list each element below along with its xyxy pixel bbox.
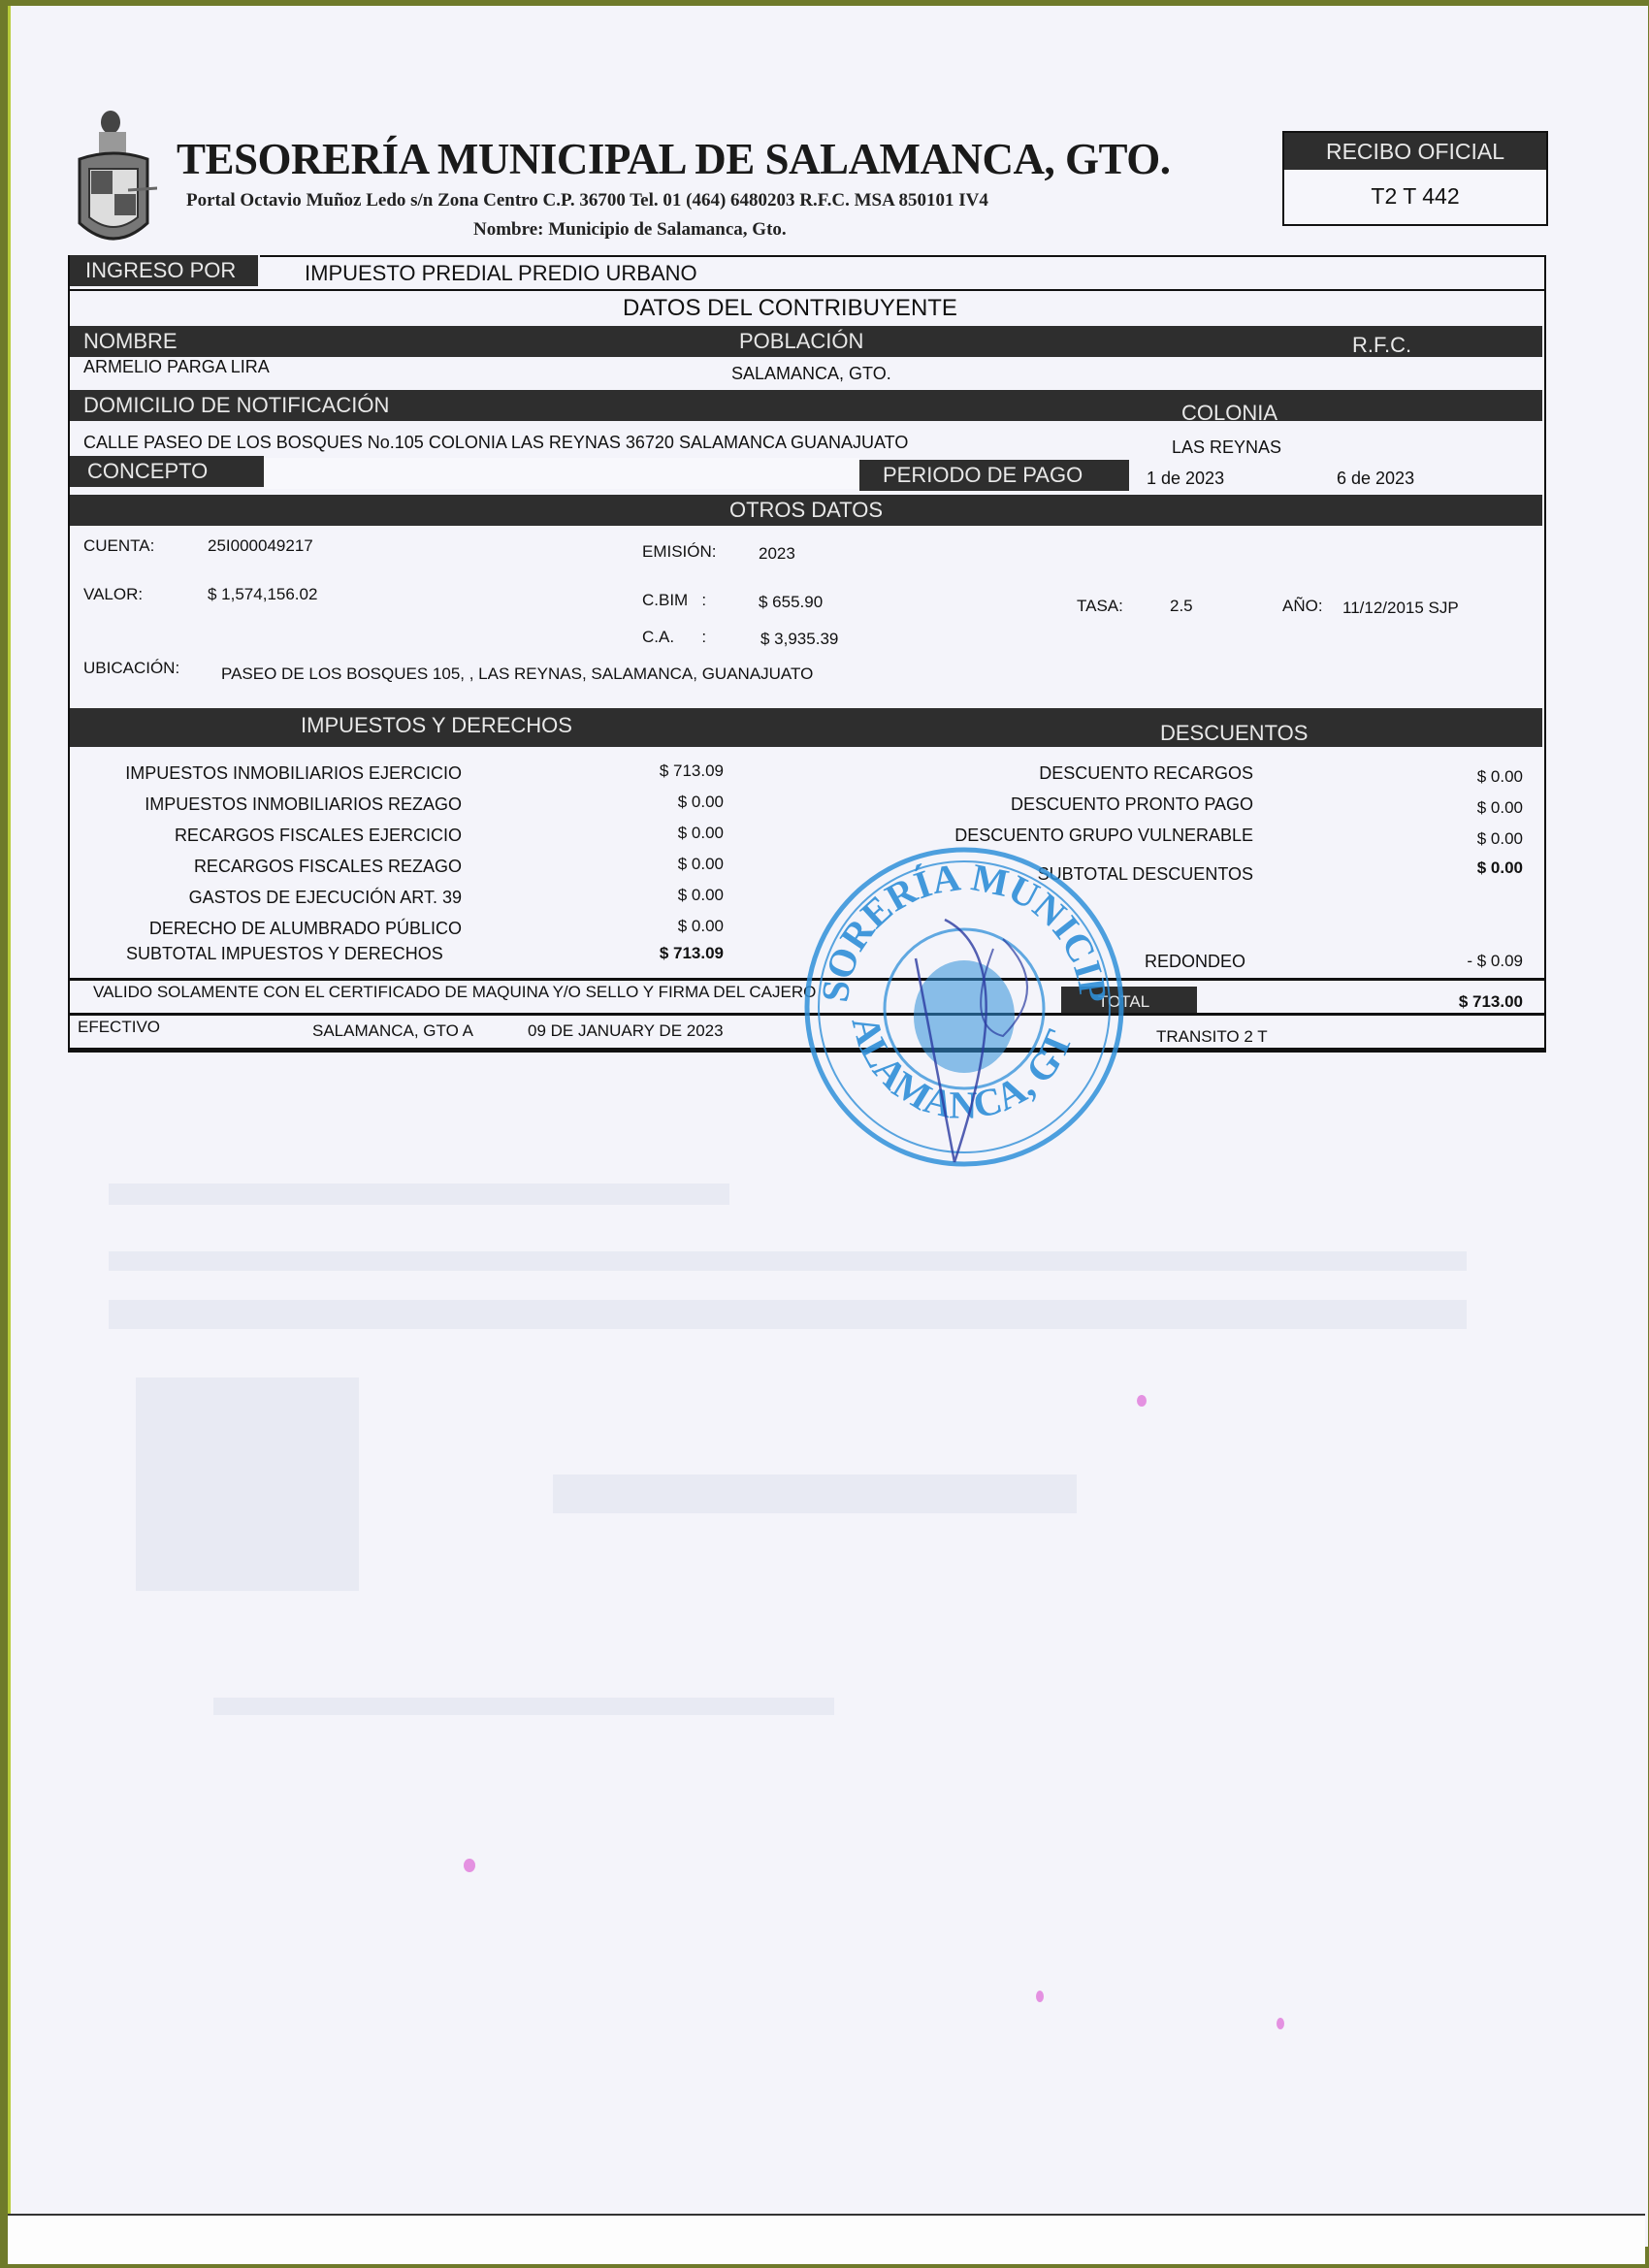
colonia-label: COLONIA: [1181, 398, 1277, 429]
page-bottom-edge: [8, 2214, 1645, 2264]
impuesto-item-amount: $ 0.00: [601, 916, 724, 937]
anio-value: 11/12/2015 SJP: [1342, 598, 1459, 619]
receipt-label: RECIBO OFICIAL: [1284, 133, 1546, 170]
cbim-label: C.BIM :: [642, 590, 706, 611]
contribuyente-header-bar: NOMBRE POBLACIÓN R.F.C.: [70, 326, 1542, 357]
valor-label: VALOR:: [83, 584, 143, 605]
descuento-item-label: DESCUENTO PRONTO PAGO: [873, 794, 1253, 815]
bleed-through-text: [213, 1698, 834, 1715]
payment-place: SALAMANCA, GTO A: [312, 1021, 473, 1042]
descuentos-title: DESCUENTOS: [1160, 718, 1308, 749]
concepto-value: [264, 458, 859, 489]
descuento-item-amount: $ 0.00: [1397, 766, 1523, 788]
redondeo-label: REDONDEO: [1145, 951, 1245, 972]
poblacion-value: SALAMANCA, GTO.: [731, 363, 891, 384]
domicilio-header-bar: DOMICILIO DE NOTIFICACIÓN COLONIA: [70, 390, 1542, 421]
impuesto-item-amount: $ 713.09: [601, 761, 724, 782]
impuesto-item-label: RECARGOS FISCALES REZAGO: [68, 856, 462, 877]
impuesto-item-label: RECARGOS FISCALES EJERCICIO: [68, 825, 462, 846]
emision-value: 2023: [759, 543, 795, 565]
descuentos-subtotal-value: $ 0.00: [1397, 858, 1523, 879]
bleed-through-qr: [136, 1377, 359, 1591]
receipt-box: RECIBO OFICIAL T2 T 442: [1282, 131, 1548, 226]
ubicacion-label: UBICACIÓN:: [83, 658, 179, 679]
bleed-through-text: [109, 1183, 729, 1205]
emision-label: EMISIÓN:: [642, 541, 717, 563]
concepto-label: CONCEPTO: [70, 456, 264, 487]
impuestos-descuentos-header: IMPUESTOS Y DERECHOS DESCUENTOS: [70, 708, 1542, 747]
ink-smudge: [1137, 1395, 1147, 1407]
coat-of-arms-icon: [70, 109, 157, 254]
impuesto-item-amount: $ 0.00: [601, 885, 724, 906]
ink-smudge: [1277, 2018, 1284, 2029]
tasa-label: TASA:: [1077, 596, 1123, 617]
ubicacion-value: PASEO DE LOS BOSQUES 105, , LAS REYNAS, …: [221, 664, 813, 685]
poblacion-label: POBLACIÓN: [739, 326, 863, 357]
domicilio-label: DOMICILIO DE NOTIFICACIÓN: [83, 390, 389, 421]
validity-note: VALIDO SOLAMENTE CON EL CERTIFICADO DE M…: [93, 982, 816, 1003]
impuesto-item-label: GASTOS DE EJECUCIÓN ART. 39: [68, 887, 462, 908]
redondeo-value: - $ 0.09: [1397, 951, 1523, 972]
ink-smudge: [1036, 1991, 1044, 2002]
impuesto-item-amount: $ 0.00: [601, 823, 724, 844]
official-seal-stamp: TESORERÍA MUNICIPAL SALAMANCA, GTO.: [799, 842, 1129, 1172]
ca-label: C.A. :: [642, 627, 706, 648]
tasa-value: 2.5: [1170, 596, 1193, 617]
domicilio-value: CALLE PASEO DE LOS BOSQUES No.105 COLONI…: [83, 432, 908, 453]
impuesto-item-label: IMPUESTOS INMOBILIARIOS EJERCICIO: [68, 762, 462, 784]
cbim-value: $ 655.90: [759, 592, 823, 613]
payment-date: 09 DE JANUARY DE 2023: [528, 1021, 724, 1042]
impuestos-title: IMPUESTOS Y DERECHOS: [301, 710, 572, 741]
bleed-through-text: [109, 1251, 1467, 1271]
descuento-item-amount: $ 0.00: [1397, 828, 1523, 850]
treasury-title: TESORERÍA MUNICIPAL DE SALAMANCA, GTO.: [177, 134, 1170, 184]
treasury-address: Portal Octavio Muñoz Ledo s/n Zona Centr…: [186, 190, 988, 211]
ingreso-value: IMPUESTO PREDIAL PREDIO URBANO: [305, 258, 697, 289]
treasury-name-line: Nombre: Municipio de Salamanca, Gto.: [473, 219, 787, 241]
cuenta-value: 25I000049217: [208, 535, 313, 557]
nombre-value: ARMELIO PARGA LIRA: [83, 356, 270, 377]
impuestos-subtotal-value: $ 713.09: [601, 943, 724, 964]
colonia-value: LAS REYNAS: [1172, 437, 1281, 458]
otros-datos-title: OTROS DATOS: [70, 495, 1542, 526]
contribuyente-section-title: DATOS DEL CONTRIBUYENTE: [623, 293, 957, 324]
bleed-through-text: [553, 1474, 1077, 1513]
descuento-item-label: DESCUENTO RECARGOS: [873, 762, 1253, 784]
impuesto-item-amount: $ 0.00: [601, 854, 724, 875]
impuestos-subtotal-label: SUBTOTAL IMPUESTOS Y DERECHOS: [126, 943, 443, 964]
periodo-desde: 1 de 2023: [1147, 468, 1224, 489]
total-value: $ 713.00: [1397, 991, 1523, 1013]
anio-label: AÑO:: [1282, 596, 1323, 617]
valor-value: $ 1,574,156.02: [208, 584, 317, 605]
impuesto-item-label: IMPUESTOS INMOBILIARIOS REZAGO: [68, 794, 462, 815]
periodo-label: PERIODO DE PAGO: [859, 460, 1129, 491]
ink-smudge: [464, 1859, 475, 1872]
cashier-name: TRANSITO 2 T: [1156, 1026, 1268, 1048]
ca-value: $ 3,935.39: [760, 629, 838, 650]
impuesto-item-label: DERECHO DE ALUMBRADO PÚBLICO: [68, 918, 462, 939]
receipt-number: T2 T 442: [1284, 170, 1546, 222]
rfc-label: R.F.C.: [1352, 330, 1411, 361]
nombre-label: NOMBRE: [83, 326, 178, 357]
ingreso-label: INGRESO POR: [70, 255, 258, 286]
periodo-hasta: 6 de 2023: [1337, 468, 1414, 489]
impuesto-item-amount: $ 0.00: [601, 792, 724, 813]
payment-method: EFECTIVO: [78, 1017, 160, 1038]
bleed-through-text: [109, 1300, 1467, 1329]
cuenta-label: CUENTA:: [83, 535, 154, 557]
descuento-item-amount: $ 0.00: [1397, 797, 1523, 819]
